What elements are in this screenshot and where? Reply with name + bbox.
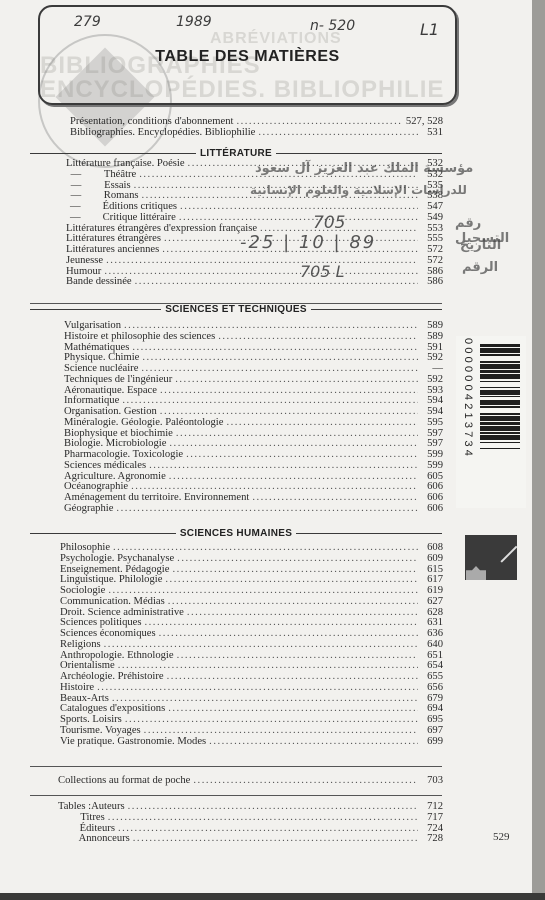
toc-entry: Sociologie619 bbox=[60, 585, 443, 596]
handwritten-note: -25 | 10 | 89 bbox=[240, 232, 376, 253]
toc-entry: Présentation, conditions d'abonnement527… bbox=[70, 116, 443, 127]
toc-entry: Géographie606 bbox=[64, 503, 443, 514]
ditto-dash: — bbox=[70, 201, 81, 212]
barcode-bar bbox=[480, 435, 520, 440]
entry-page: 606 bbox=[421, 481, 443, 492]
entry-page: 605 bbox=[421, 471, 443, 482]
entry-label: Sports. Loisirs bbox=[60, 714, 122, 725]
entry-page: 572 bbox=[421, 255, 443, 266]
barcode-bar bbox=[480, 400, 520, 405]
barcode-bar bbox=[480, 406, 520, 408]
dot-leader bbox=[169, 438, 418, 449]
publisher-logo bbox=[465, 535, 517, 580]
entry-page: 597 bbox=[421, 438, 443, 449]
dot-leader bbox=[104, 639, 418, 650]
dot-leader bbox=[179, 212, 418, 223]
toc-entry: Biologie. Microbiologie597 bbox=[64, 438, 443, 449]
stamp-text: للدراسات الإسلامية والعلوم الإنسانية bbox=[250, 183, 467, 197]
entry-page: 599 bbox=[421, 460, 443, 471]
entry-label: Présentation, conditions d'abonnement bbox=[70, 116, 233, 127]
toc-entry: Sciences économiques636 bbox=[60, 628, 443, 639]
dot-leader bbox=[116, 503, 418, 514]
toc-entry: Science nucléaire— bbox=[64, 363, 443, 374]
section-header: SCIENCES ET TECHNIQUES bbox=[30, 303, 442, 315]
toc-entry: Vie pratique. Gastronomie. Modes699 bbox=[60, 736, 443, 747]
entry-label: Vie pratique. Gastronomie. Modes bbox=[60, 736, 206, 747]
handwritten-note: 705 L bbox=[300, 262, 345, 281]
dot-leader bbox=[108, 812, 418, 823]
entry-label: Auteurs bbox=[91, 801, 125, 812]
entry-label: Physique. Chimie bbox=[64, 352, 139, 363]
dot-leader bbox=[168, 596, 418, 607]
entry-page: 617 bbox=[421, 574, 443, 585]
toc-entry: Aménagement du territoire. Environnement… bbox=[64, 492, 443, 503]
entry-page: 527, 528 bbox=[406, 116, 443, 127]
entry-page: 703 bbox=[421, 775, 443, 786]
toc-entry: Beaux-Arts679 bbox=[60, 693, 443, 704]
dot-leader bbox=[160, 385, 418, 396]
dot-leader bbox=[186, 449, 418, 460]
entry-page: 712 bbox=[421, 801, 443, 812]
barcode-bar bbox=[480, 344, 520, 347]
section-rule bbox=[30, 533, 176, 534]
toc-entry: Océanographie606 bbox=[64, 481, 443, 492]
dot-leader bbox=[172, 564, 418, 575]
entry-label: Romans bbox=[104, 190, 139, 201]
toc-entry: Sports. Loisirs695 bbox=[60, 714, 443, 725]
entry-label: Pharmacologie. Toxicologie bbox=[64, 449, 183, 460]
entry-label: Agriculture. Agronomie bbox=[64, 471, 166, 482]
entry-label: Théâtre bbox=[104, 169, 136, 180]
entry-label: Catalogues d'expositions bbox=[60, 703, 165, 714]
dot-leader bbox=[144, 725, 418, 736]
barcode-bar bbox=[480, 416, 520, 421]
entry-page: 586 bbox=[421, 266, 443, 277]
dot-leader bbox=[177, 553, 418, 564]
entry-label: Archéologie. Préhistoire bbox=[60, 671, 164, 682]
entry-page: 592 bbox=[421, 352, 443, 363]
toc-entry: —Éditions critiques547 bbox=[70, 201, 443, 212]
dot-leader bbox=[124, 320, 418, 331]
dot-leader bbox=[180, 201, 418, 212]
dot-leader bbox=[193, 775, 418, 786]
entry-label: Aménagement du territoire. Environnement bbox=[64, 492, 249, 503]
entry-label: Humour bbox=[66, 266, 101, 277]
barcode-bar bbox=[480, 364, 520, 369]
entry-label: Littératures anciennes bbox=[66, 244, 159, 255]
entry-label: Science nucléaire bbox=[64, 363, 138, 374]
entry-label: Vulgarisation bbox=[64, 320, 121, 331]
entry-label: Océanographie bbox=[64, 481, 128, 492]
entry-page: 606 bbox=[421, 492, 443, 503]
dot-leader bbox=[132, 342, 418, 353]
entry-page: 555 bbox=[421, 233, 443, 244]
toc-entry: Organisation. Gestion594 bbox=[64, 406, 443, 417]
toc-entry: —Critique littéraire549 bbox=[70, 212, 443, 223]
barcode-bar bbox=[480, 422, 520, 425]
entry-label: Philosophie bbox=[60, 542, 110, 553]
barcode-bar bbox=[480, 348, 520, 353]
toc-entry: Orientalisme654 bbox=[60, 660, 443, 671]
entry-label: Bibliographies. Encyclopédies. Bibliophi… bbox=[70, 127, 255, 138]
entry-label: Linguistique. Philologie bbox=[60, 574, 162, 585]
entry-label: Essais bbox=[104, 180, 130, 191]
entry-page: 597 bbox=[421, 428, 443, 439]
tables-prefix: Tables : bbox=[58, 801, 91, 812]
entry-page: 589 bbox=[421, 331, 443, 342]
section-rule bbox=[30, 153, 196, 154]
entry-page: 627 bbox=[421, 596, 443, 607]
toc-entry: Agriculture. Agronomie605 bbox=[64, 471, 443, 482]
toc-entry: Enseignement. Pédagogie615 bbox=[60, 564, 443, 575]
entry-page: 531 bbox=[421, 127, 443, 138]
entry-label: Anthropologie. Ethnologie bbox=[60, 650, 174, 661]
barcode-bar bbox=[480, 413, 520, 415]
dot-leader bbox=[106, 255, 418, 266]
toc-entry: Communication. Médias627 bbox=[60, 596, 443, 607]
toc-entry: Biophysique et biochimie597 bbox=[64, 428, 443, 439]
entry-page: 697 bbox=[421, 725, 443, 736]
barcode-bar bbox=[480, 396, 520, 397]
divider bbox=[30, 766, 442, 767]
entry-page: 651 bbox=[421, 650, 443, 661]
dot-leader bbox=[159, 628, 418, 639]
barcode-bar bbox=[480, 426, 520, 431]
barcode: 0000004213734 bbox=[456, 336, 526, 508]
page-number: 529 bbox=[493, 831, 510, 843]
entry-label: Bande dessinée bbox=[66, 276, 132, 287]
entry-label: Littérature française. Poésie bbox=[66, 158, 185, 169]
entry-label: Géographie bbox=[64, 503, 113, 514]
entry-page: 694 bbox=[421, 703, 443, 714]
toc-entry: Mathématiques591 bbox=[64, 342, 443, 353]
entry-page: 728 bbox=[421, 833, 443, 844]
entry-page: 591 bbox=[421, 342, 443, 353]
dot-leader bbox=[135, 276, 418, 287]
handwritten-note: n- 520 bbox=[310, 18, 355, 34]
barcode-bar bbox=[480, 387, 520, 388]
dot-leader bbox=[168, 703, 418, 714]
toc-entry: Bande dessinée586 bbox=[66, 276, 443, 287]
dot-leader bbox=[236, 116, 402, 127]
handwritten-note: 1989 bbox=[176, 14, 212, 30]
toc-entry: Tables :Auteurs712 bbox=[58, 801, 443, 812]
entry-label: Biologie. Microbiologie bbox=[64, 438, 166, 449]
ditto-dash: — bbox=[70, 212, 81, 223]
section-rule bbox=[311, 309, 442, 310]
stamp-text: مؤسسة الملك عبد العزيز آل سعود bbox=[255, 161, 473, 176]
dot-leader bbox=[141, 363, 418, 374]
dot-leader bbox=[226, 417, 418, 428]
entry-page: 717 bbox=[421, 812, 443, 823]
toc-entry: Minéralogie. Géologie. Paléontologie595 bbox=[64, 417, 443, 428]
entry-label: Droit. Science administrative bbox=[60, 607, 184, 618]
entry-page: 595 bbox=[421, 417, 443, 428]
entry-label: Littératures étrangères bbox=[66, 233, 161, 244]
handwritten-note: 705 bbox=[313, 213, 345, 233]
stamp-text: الرقم bbox=[462, 260, 498, 275]
ditto-dash: — bbox=[70, 169, 82, 180]
entry-page: 636 bbox=[421, 628, 443, 639]
barcode-digits: 0000004213734 bbox=[462, 338, 474, 506]
dot-leader bbox=[128, 801, 418, 812]
toc-entry: Philosophie608 bbox=[60, 542, 443, 553]
entry-label: Titres bbox=[80, 812, 104, 823]
entry-label: Critique littéraire bbox=[103, 212, 176, 223]
entry-label: Communication. Médias bbox=[60, 596, 165, 607]
dot-leader bbox=[160, 406, 418, 417]
handwritten-note: L1 bbox=[420, 20, 439, 39]
entry-page: 572 bbox=[421, 244, 443, 255]
entry-page: — bbox=[421, 363, 443, 374]
dot-leader bbox=[142, 352, 418, 363]
dot-leader bbox=[118, 823, 418, 834]
dot-leader bbox=[209, 736, 418, 747]
dot-leader bbox=[165, 574, 418, 585]
entry-page: 592 bbox=[421, 374, 443, 385]
entry-page: 608 bbox=[421, 542, 443, 553]
entry-label: Informatique bbox=[64, 395, 119, 406]
toc-entry: Bibliographies. Encyclopédies. Bibliophi… bbox=[70, 127, 443, 138]
dot-leader bbox=[149, 460, 418, 471]
entry-page: 594 bbox=[421, 395, 443, 406]
barcode-bar bbox=[480, 361, 520, 363]
barcode-bar bbox=[480, 381, 520, 382]
entry-label: Beaux-Arts bbox=[60, 693, 109, 704]
entry-page: 594 bbox=[421, 406, 443, 417]
entry-label: Éditions critiques bbox=[103, 201, 177, 212]
entry-label: Biophysique et biochimie bbox=[64, 428, 173, 439]
divider bbox=[30, 795, 442, 796]
entry-page: 640 bbox=[421, 639, 443, 650]
toc-entry: Éditeurs724 bbox=[58, 823, 443, 834]
dot-leader bbox=[258, 127, 418, 138]
entry-page: 615 bbox=[421, 564, 443, 575]
barcode-bar bbox=[480, 370, 520, 373]
dot-leader bbox=[112, 693, 418, 704]
toc-entry: Jeunesse572 bbox=[66, 255, 443, 266]
toc-entry: Histoire656 bbox=[60, 682, 443, 693]
toc-entry: Annonceurs728 bbox=[58, 833, 443, 844]
toc-entry: Humour586 bbox=[66, 266, 443, 277]
dot-leader bbox=[145, 617, 419, 628]
entry-page: 549 bbox=[421, 212, 443, 223]
toc-entry: Droit. Science administrative628 bbox=[60, 607, 443, 618]
entry-label: Sciences médicales bbox=[64, 460, 146, 471]
dot-leader bbox=[177, 650, 418, 661]
toc-entry: Collections au format de poche703 bbox=[58, 775, 443, 786]
toc-entry: Titres717 bbox=[58, 812, 443, 823]
entry-label: Techniques de l'ingénieur bbox=[64, 374, 172, 385]
entry-label: Sciences économiques bbox=[60, 628, 156, 639]
dot-leader bbox=[187, 607, 418, 618]
entry-label: Enseignement. Pédagogie bbox=[60, 564, 169, 575]
entry-page: 589 bbox=[421, 320, 443, 331]
ditto-dash: — bbox=[70, 190, 82, 201]
toc-entry: Tourisme. Voyages697 bbox=[60, 725, 443, 736]
entry-page: 586 bbox=[421, 276, 443, 287]
handwritten-note: 279 bbox=[74, 14, 101, 30]
dot-leader bbox=[175, 374, 418, 385]
entry-label: Religions bbox=[60, 639, 101, 650]
section-title: LITTÉRATURE bbox=[196, 148, 276, 159]
entry-label: Minéralogie. Géologie. Paléontologie bbox=[64, 417, 223, 428]
entry-page: 606 bbox=[421, 503, 443, 514]
toc-entry: Psychologie. Psychanalyse609 bbox=[60, 553, 443, 564]
toc-entry: Techniques de l'ingénieur592 bbox=[64, 374, 443, 385]
dot-leader bbox=[169, 471, 418, 482]
barcode-bar bbox=[480, 432, 520, 434]
entry-label: Éditeurs bbox=[80, 823, 115, 834]
entry-label: Psychologie. Psychanalyse bbox=[60, 553, 174, 564]
toc-entry: Pharmacologie. Toxicologie599 bbox=[64, 449, 443, 460]
entry-page: 724 bbox=[421, 823, 443, 834]
entry-label: Littératures étrangères d'expression fra… bbox=[66, 223, 257, 234]
entry-page: 547 bbox=[421, 201, 443, 212]
section-rule bbox=[30, 309, 161, 310]
dot-leader bbox=[167, 671, 418, 682]
entry-label: Organisation. Gestion bbox=[64, 406, 157, 417]
dot-leader bbox=[122, 395, 418, 406]
entry-label: Annonceurs bbox=[79, 833, 130, 844]
entry-page: 695 bbox=[421, 714, 443, 725]
entry-page: 631 bbox=[421, 617, 443, 628]
scan-border bbox=[0, 893, 545, 900]
entry-page: 599 bbox=[421, 449, 443, 460]
entry-page: 656 bbox=[421, 682, 443, 693]
entry-page: 628 bbox=[421, 607, 443, 618]
dot-leader bbox=[97, 682, 418, 693]
dot-leader bbox=[133, 833, 418, 844]
toc-entry: Histoire et philosophie des sciences589 bbox=[64, 331, 443, 342]
toc-entry: Informatique594 bbox=[64, 395, 443, 406]
dot-leader bbox=[252, 492, 418, 503]
entry-page: 593 bbox=[421, 385, 443, 396]
entry-page: 679 bbox=[421, 693, 443, 704]
section-rule bbox=[296, 533, 442, 534]
logo-slash-icon bbox=[500, 546, 517, 563]
entry-page: 609 bbox=[421, 553, 443, 564]
entry-label: Sciences politiques bbox=[60, 617, 142, 628]
document-page: ABRÉVIATIONS BIBLIOGRAPHIES ENCYCLOPÉDIE… bbox=[0, 0, 532, 893]
toc-entry: Linguistique. Philologie617 bbox=[60, 574, 443, 585]
toc-entry: Sciences médicales599 bbox=[64, 460, 443, 471]
barcode-bar bbox=[480, 390, 520, 395]
page-edge bbox=[532, 0, 545, 893]
section-header: SCIENCES HUMAINES bbox=[30, 527, 442, 539]
toc-entry: Vulgarisation589 bbox=[64, 320, 443, 331]
entry-label: Aéronautique. Espace bbox=[64, 385, 157, 396]
entry-label: Collections au format de poche bbox=[58, 775, 190, 786]
dot-leader bbox=[118, 660, 418, 671]
entry-page: 654 bbox=[421, 660, 443, 671]
dot-leader bbox=[218, 331, 418, 342]
entry-label: Histoire et philosophie des sciences bbox=[64, 331, 215, 342]
dot-leader bbox=[104, 266, 418, 277]
dot-leader bbox=[113, 542, 418, 553]
toc-entry: Sciences politiques631 bbox=[60, 617, 443, 628]
entry-label: Sociologie bbox=[60, 585, 105, 596]
entry-label: Jeunesse bbox=[66, 255, 103, 266]
toc-entry: Anthropologie. Ethnologie651 bbox=[60, 650, 443, 661]
section-title: SCIENCES ET TECHNIQUES bbox=[161, 304, 311, 315]
stamp-text: التاريخ bbox=[460, 238, 501, 253]
barcode-bar bbox=[480, 354, 520, 356]
entry-label: Orientalisme bbox=[60, 660, 115, 671]
dot-leader bbox=[125, 714, 418, 725]
dot-leader bbox=[108, 585, 418, 596]
toc-entry: Physique. Chimie592 bbox=[64, 352, 443, 363]
barcode-bar bbox=[480, 374, 520, 379]
dot-leader bbox=[131, 481, 418, 492]
logo-star-icon bbox=[466, 566, 486, 580]
toc-entry: Aéronautique. Espace593 bbox=[64, 385, 443, 396]
entry-page: 553 bbox=[421, 223, 443, 234]
toc-entry: Archéologie. Préhistoire655 bbox=[60, 671, 443, 682]
barcode-bar bbox=[480, 448, 520, 449]
section-rule bbox=[276, 153, 442, 154]
toc-entry: Religions640 bbox=[60, 639, 443, 650]
ditto-dash: — bbox=[70, 180, 82, 191]
section-title: SCIENCES HUMAINES bbox=[176, 528, 296, 539]
barcode-bar bbox=[480, 442, 520, 443]
entry-page: 699 bbox=[421, 736, 443, 747]
dot-leader bbox=[176, 428, 418, 439]
entry-label: Mathématiques bbox=[64, 342, 129, 353]
toc-entry: Catalogues d'expositions694 bbox=[60, 703, 443, 714]
entry-label: Tourisme. Voyages bbox=[60, 725, 141, 736]
entry-page: 655 bbox=[421, 671, 443, 682]
page-title: TABLE DES MATIÈRES bbox=[40, 48, 455, 66]
entry-page: 619 bbox=[421, 585, 443, 596]
entry-label: Histoire bbox=[60, 682, 94, 693]
